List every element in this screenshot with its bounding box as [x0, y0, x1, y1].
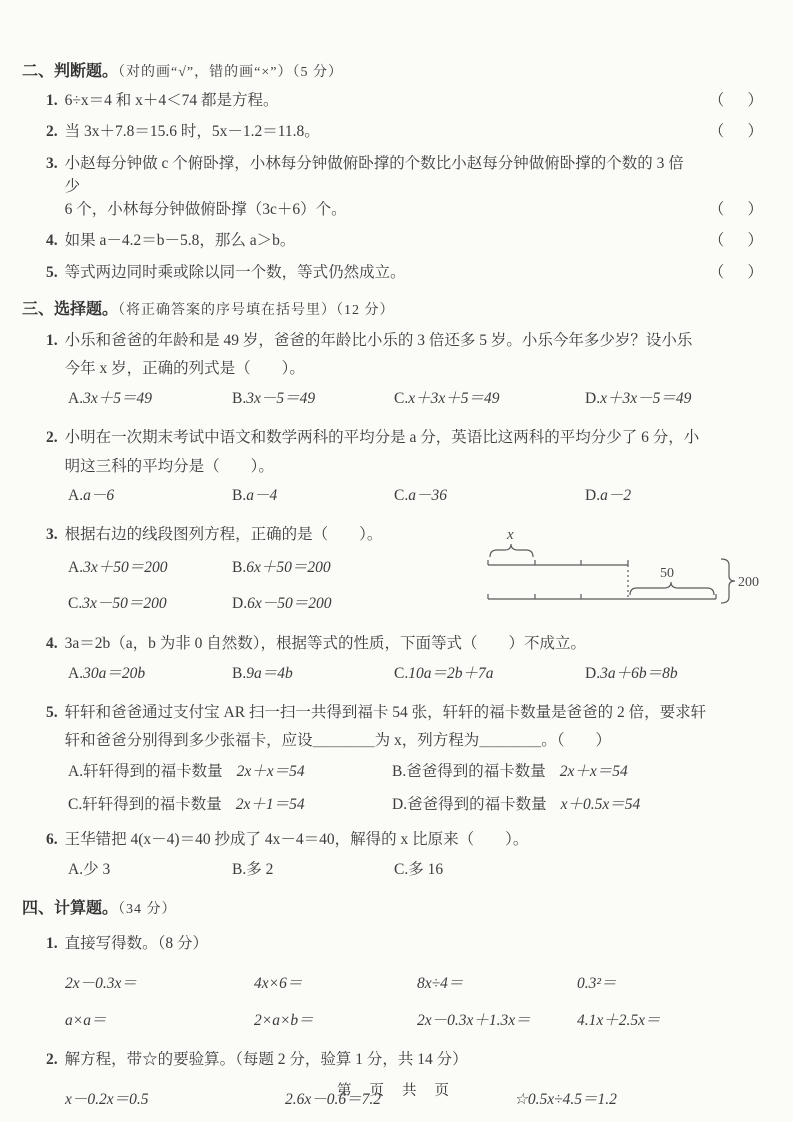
option-label: B. — [232, 487, 246, 504]
option-c: C.轩轩得到的福卡数量2x＋1＝54 — [68, 793, 392, 816]
item-number: 1. — [46, 89, 58, 112]
option-formula: 3x－50＝200 — [82, 595, 166, 612]
calc-sub1-head: 1. 直接写得数。（8 分） — [22, 932, 763, 957]
choice-question-2: 2. 小明在一次期末考试中语文和数学两科的平均分是 a 分，英语比这两科的平均分… — [22, 424, 763, 509]
item-number: 2. — [46, 120, 58, 143]
option-text: 多 16 — [408, 861, 443, 878]
item-number: 1. — [46, 327, 58, 356]
question-head: 3. 根据右边的线段图列方程，正确的是（ ）。 — [22, 521, 463, 550]
judge-item-text-line1: 小赵每分钟做 c 个俯卧撑，小林每分钟做俯卧撑的个数比小赵每分钟做俯卧撑的个数的… — [65, 152, 699, 199]
option-formula: 3x＋5＝49 — [83, 390, 152, 407]
option-label: C. — [394, 665, 408, 682]
section-calc-title: 四、计算题。（34 分） — [22, 895, 763, 918]
item-number: 2. — [46, 424, 58, 453]
question-line1: 轩轩和爸爸通过支付宝 AR 扫一扫一共得到福卡 54 张，轩轩的福卡数量是爸爸的… — [65, 699, 763, 728]
option-a: A.轩轩得到的福卡数量2x＋x＝54 — [68, 760, 392, 783]
option-label: A. — [68, 763, 83, 780]
option-text: 爸爸得到的福卡数量 — [407, 796, 547, 813]
answer-paren: （ ） — [699, 198, 763, 221]
choice-question-3: 3. 根据右边的线段图列方程，正确的是（ ）。 A.3x＋50＝200 B.6x… — [22, 521, 763, 622]
question-text: 根据右边的线段图列方程，正确的是（ ）。 — [65, 521, 463, 550]
option-label: B. — [232, 559, 246, 576]
question-head: 6. 王华错把 4(x－4)＝40 抄成了 4x－4＝40，解得的 x 比原来（… — [22, 826, 763, 855]
option-formula: x＋3x＋5＝49 — [408, 390, 499, 407]
question-head: 4. 3a＝2b（a，b 为非 0 自然数），根据等式的性质，下面等式（ ）不成… — [22, 630, 763, 659]
option-formula: a－4 — [246, 487, 277, 504]
options-row: A.30a＝20b B.9a＝4b C.10a＝2b＋7a D.3a＋6b＝8b — [22, 662, 763, 687]
option-label: D. — [585, 390, 600, 407]
section-calc-title-main: 四、计算题。 — [22, 900, 118, 917]
judge-item-2: 2. 当 3x＋7.8＝15.6 时，5x－1.2＝11.8。 （ ） — [22, 120, 763, 143]
option-formula: x＋3x－5＝49 — [600, 390, 691, 407]
option-label: D. — [585, 487, 600, 504]
option-label: A. — [68, 487, 83, 504]
diagram-x-label: x — [506, 527, 514, 543]
question-head: 1. 小乐和爸爸的年龄和是 49 岁，爸爸的年龄比小乐的 3 倍还多 5 岁。小… — [22, 327, 763, 384]
answer-paren: （ ） — [699, 261, 763, 284]
item-number: 4. — [46, 630, 58, 659]
option-text: 多 2 — [246, 861, 273, 878]
option-a: A.a－6 — [68, 484, 232, 509]
option-label: C. — [68, 796, 82, 813]
math-problem: a×a＝ — [65, 1010, 254, 1032]
calc-sub1-title: 直接写得数。（8 分） — [65, 932, 208, 957]
question-text: 小乐和爸爸的年龄和是 49 岁，爸爸的年龄比小乐的 3 倍还多 5 岁。小乐今年… — [65, 327, 763, 384]
option-a: A.30a＝20b — [68, 662, 232, 687]
answer-paren: （ ） — [699, 120, 763, 143]
option-formula: a－36 — [408, 487, 447, 504]
question-text: 3a＝2b（a，b 为非 0 自然数），根据等式的性质，下面等式（ ）不成立。 — [65, 630, 763, 659]
section-choice-title-main: 三、选择题。 — [22, 301, 118, 318]
option-b: B.多 2 — [232, 858, 394, 883]
option-a: A.3x＋50＝200 — [68, 556, 232, 579]
option-formula: 9a＝4b — [246, 665, 293, 682]
option-label: A. — [68, 390, 83, 407]
choice-question-5: 5. 轩轩和爸爸通过支付宝 AR 扫一扫一共得到福卡 54 张，轩轩的福卡数量是… — [22, 699, 763, 817]
option-label: C. — [68, 595, 82, 612]
diagram-200-label: 200 — [738, 575, 759, 590]
choice-question-1: 1. 小乐和爸爸的年龄和是 49 岁，爸爸的年龄比小乐的 3 倍还多 5 岁。小… — [22, 327, 763, 412]
mental-math-row-1: 2x－0.3x＝ 4x×6＝ 8x÷4＝ 0.3²＝ — [22, 973, 763, 995]
worksheet-page: 二、判断题。（对的画“√”，错的画“×”）（5 分） 1. 6÷x＝4 和 x＋… — [0, 0, 793, 1122]
option-label: D. — [392, 796, 407, 813]
calc-sub2-title: 解方程，带☆的要验算。（每题 2 分，验算 1 分，共 14 分） — [65, 1048, 468, 1073]
option-formula: a－6 — [83, 487, 114, 504]
options-grid: A.3x＋50＝200 B.6x＋50＝200 C.3x－50＝200 D.6x… — [22, 556, 463, 616]
section-choice-title: 三、选择题。（将正确答案的序号填在括号里）（12 分） — [22, 296, 763, 319]
item-number: 3. — [46, 152, 58, 175]
option-d: D.x＋3x－5＝49 — [585, 387, 763, 412]
worksheet-content: 二、判断题。（对的画“√”，错的画“×”）（5 分） 1. 6÷x＝4 和 x＋… — [0, 0, 793, 1110]
question-line2: 今年 x 岁，正确的列式是（ ）。 — [65, 355, 763, 384]
option-d: D.爸爸得到的福卡数量x＋0.5x＝54 — [392, 793, 763, 816]
question-line2: 轩和爸爸分别得到多少张福卡，应设＿＿＿＿为 x，列方程为＿＿＿＿。（ ） — [65, 727, 763, 756]
question-line1: 小乐和爸爸的年龄和是 49 岁，爸爸的年龄比小乐的 3 倍还多 5 岁。小乐今年… — [65, 327, 763, 356]
choice-question-4: 4. 3a＝2b（a，b 为非 0 自然数），根据等式的性质，下面等式（ ）不成… — [22, 630, 763, 686]
math-problem: 8x÷4＝ — [417, 973, 577, 995]
option-formula: 2x＋x＝54 — [237, 760, 305, 783]
section-judge-title-main: 二、判断题。 — [22, 63, 118, 80]
page-footer: 第 页 共 页 — [0, 1079, 793, 1100]
answer-paren: （ ） — [699, 89, 763, 112]
math-problem: 2×a×b＝ — [254, 1010, 417, 1032]
question-line1: 小明在一次期末考试中语文和数学两科的平均分是 a 分，英语比这两科的平均分少了 … — [65, 424, 763, 453]
option-label: B. — [392, 763, 406, 780]
fifty-brace — [630, 582, 714, 595]
option-label: A. — [68, 861, 83, 878]
judge-item-1: 1. 6÷x＝4 和 x＋4＜74 都是方程。 （ ） — [22, 89, 763, 112]
choice-question-6: 6. 王华错把 4(x－4)＝40 抄成了 4x－4＝40，解得的 x 比原来（… — [22, 826, 763, 882]
option-label: A. — [68, 665, 83, 682]
option-formula: x＋0.5x＝54 — [561, 793, 641, 816]
mental-math-row-2: a×a＝ 2×a×b＝ 2x－0.3x＋1.3x＝ 4.1x＋2.5x＝ — [22, 1010, 763, 1032]
option-c: C.x＋3x＋5＝49 — [394, 387, 585, 412]
diagram-50-label: 50 — [660, 566, 674, 581]
option-label: B. — [232, 390, 246, 407]
option-formula: 6x＋50＝200 — [246, 559, 330, 576]
option-formula: 2x＋1＝54 — [236, 793, 305, 816]
option-c: C.a－36 — [394, 484, 585, 509]
judge-item-text: 当 3x＋7.8＝15.6 时，5x－1.2＝11.8。 — [65, 120, 699, 143]
options-row: A.3x＋5＝49 B.3x－5＝49 C.x＋3x＋5＝49 D.x＋3x－5… — [22, 387, 763, 412]
item-number: 4. — [46, 229, 58, 252]
option-c: C.10a＝2b＋7a — [394, 662, 585, 687]
judge-item-5: 5. 等式两边同时乘或除以同一个数，等式仍然成立。 （ ） — [22, 261, 763, 284]
line-segment-diagram: x 50 200 — [463, 517, 763, 622]
math-problem: 0.3²＝ — [577, 973, 763, 995]
section-calc-title-note: （34 分） — [118, 902, 177, 917]
option-text: 轩轩得到的福卡数量 — [82, 796, 222, 813]
math-problem: 2x－0.3x＋1.3x＝ — [417, 1010, 577, 1032]
option-a: A.少 3 — [68, 858, 232, 883]
question-text: 王华错把 4(x－4)＝40 抄成了 4x－4＝40，解得的 x 比原来（ ）。 — [65, 826, 763, 855]
option-label: B. — [232, 861, 246, 878]
item-number: 2. — [46, 1048, 58, 1073]
option-c: C.多 16 — [394, 858, 585, 883]
math-problem: 4.1x＋2.5x＝ — [577, 1010, 763, 1032]
option-label: B. — [232, 665, 246, 682]
option-b: B.3x－5＝49 — [232, 387, 394, 412]
option-formula: 3x＋50＝200 — [83, 559, 167, 576]
answer-paren: （ ） — [699, 229, 763, 252]
option-text: 轩轩得到的福卡数量 — [83, 763, 223, 780]
total-brace — [721, 559, 735, 603]
option-formula: 3a＋6b＝8b — [600, 665, 678, 682]
options-grid: A.轩轩得到的福卡数量2x＋x＝54 B.爸爸得到的福卡数量2x＋x＝54 C.… — [22, 760, 763, 817]
options-row: A.少 3 B.多 2 C.多 16 — [22, 858, 763, 883]
option-label: D. — [585, 665, 600, 682]
option-label: C. — [394, 861, 408, 878]
question-line2: 明这三科的平均分是（ ）。 — [65, 453, 763, 482]
item-number: 3. — [46, 521, 58, 550]
judge-item-text: 6÷x＝4 和 x＋4＜74 都是方程。 — [65, 89, 699, 112]
judge-item-text: 等式两边同时乘或除以同一个数，等式仍然成立。 — [65, 261, 699, 284]
judge-item-text-line2: 6 个，小林每分钟做俯卧撑（3c＋6）个。 — [65, 198, 699, 221]
item-number: 6. — [46, 826, 58, 855]
item-number: 1. — [46, 932, 58, 957]
option-d-empty — [585, 858, 763, 883]
option-b: B.6x＋50＝200 — [232, 556, 463, 579]
question-text: 小明在一次期末考试中语文和数学两科的平均分是 a 分，英语比这两科的平均分少了 … — [65, 424, 763, 481]
option-text: 爸爸得到的福卡数量 — [406, 763, 546, 780]
question-head: 5. 轩轩和爸爸通过支付宝 AR 扫一扫一共得到福卡 54 张，轩轩的福卡数量是… — [22, 699, 763, 756]
calc-sub2-head: 2. 解方程，带☆的要验算。（每题 2 分，验算 1 分，共 14 分） — [22, 1048, 763, 1073]
item-number: 5. — [46, 699, 58, 728]
option-b: B.爸爸得到的福卡数量2x＋x＝54 — [392, 760, 763, 783]
math-problem: 2x－0.3x＝ — [65, 973, 254, 995]
x-brace — [490, 544, 533, 557]
option-a: A.3x＋5＝49 — [68, 387, 232, 412]
option-formula: 6x－50＝200 — [247, 595, 331, 612]
option-formula: 3x－5＝49 — [246, 390, 315, 407]
option-d: D.3a＋6b＝8b — [585, 662, 763, 687]
option-text: 少 3 — [83, 861, 110, 878]
option-b: B.a－4 — [232, 484, 394, 509]
option-formula: 10a＝2b＋7a — [408, 665, 493, 682]
option-label: D. — [232, 595, 247, 612]
judge-item-4: 4. 如果 a－4.2＝b－5.8，那么 a＞b。 （ ） — [22, 229, 763, 252]
option-b: B.9a＝4b — [232, 662, 394, 687]
item-number: 5. — [46, 261, 58, 284]
option-formula: 2x＋x＝54 — [560, 760, 628, 783]
option-label: C. — [394, 487, 408, 504]
judge-item-3: 3. 小赵每分钟做 c 个俯卧撑，小林每分钟做俯卧撑的个数比小赵每分钟做俯卧撑的… — [22, 152, 763, 222]
judge-item-text: 小赵每分钟做 c 个俯卧撑，小林每分钟做俯卧撑的个数比小赵每分钟做俯卧撑的个数的… — [65, 152, 699, 222]
option-c: C.3x－50＝200 — [68, 592, 232, 615]
section-judge-title: 二、判断题。（对的画“√”，错的画“×”）（5 分） — [22, 58, 763, 81]
option-label: A. — [68, 559, 83, 576]
section-choice-title-note: （将正确答案的序号填在括号里）（12 分） — [118, 303, 395, 318]
option-d: D.a－2 — [585, 484, 763, 509]
option-formula: 30a＝20b — [83, 665, 145, 682]
question-3-left: 3. 根据右边的线段图列方程，正确的是（ ）。 A.3x＋50＝200 B.6x… — [22, 521, 463, 615]
option-d: D.6x－50＝200 — [232, 592, 463, 615]
judge-item-text: 如果 a－4.2＝b－5.8，那么 a＞b。 — [65, 229, 699, 252]
option-formula: a－2 — [600, 487, 631, 504]
math-problem: 4x×6＝ — [254, 973, 417, 995]
question-text: 轩轩和爸爸通过支付宝 AR 扫一扫一共得到福卡 54 张，轩轩的福卡数量是爸爸的… — [65, 699, 763, 756]
question-head: 2. 小明在一次期末考试中语文和数学两科的平均分是 a 分，英语比这两科的平均分… — [22, 424, 763, 481]
option-label: C. — [394, 390, 408, 407]
section-judge-title-note: （对的画“√”，错的画“×”）（5 分） — [118, 65, 343, 80]
options-row: A.a－6 B.a－4 C.a－36 D.a－2 — [22, 484, 763, 509]
